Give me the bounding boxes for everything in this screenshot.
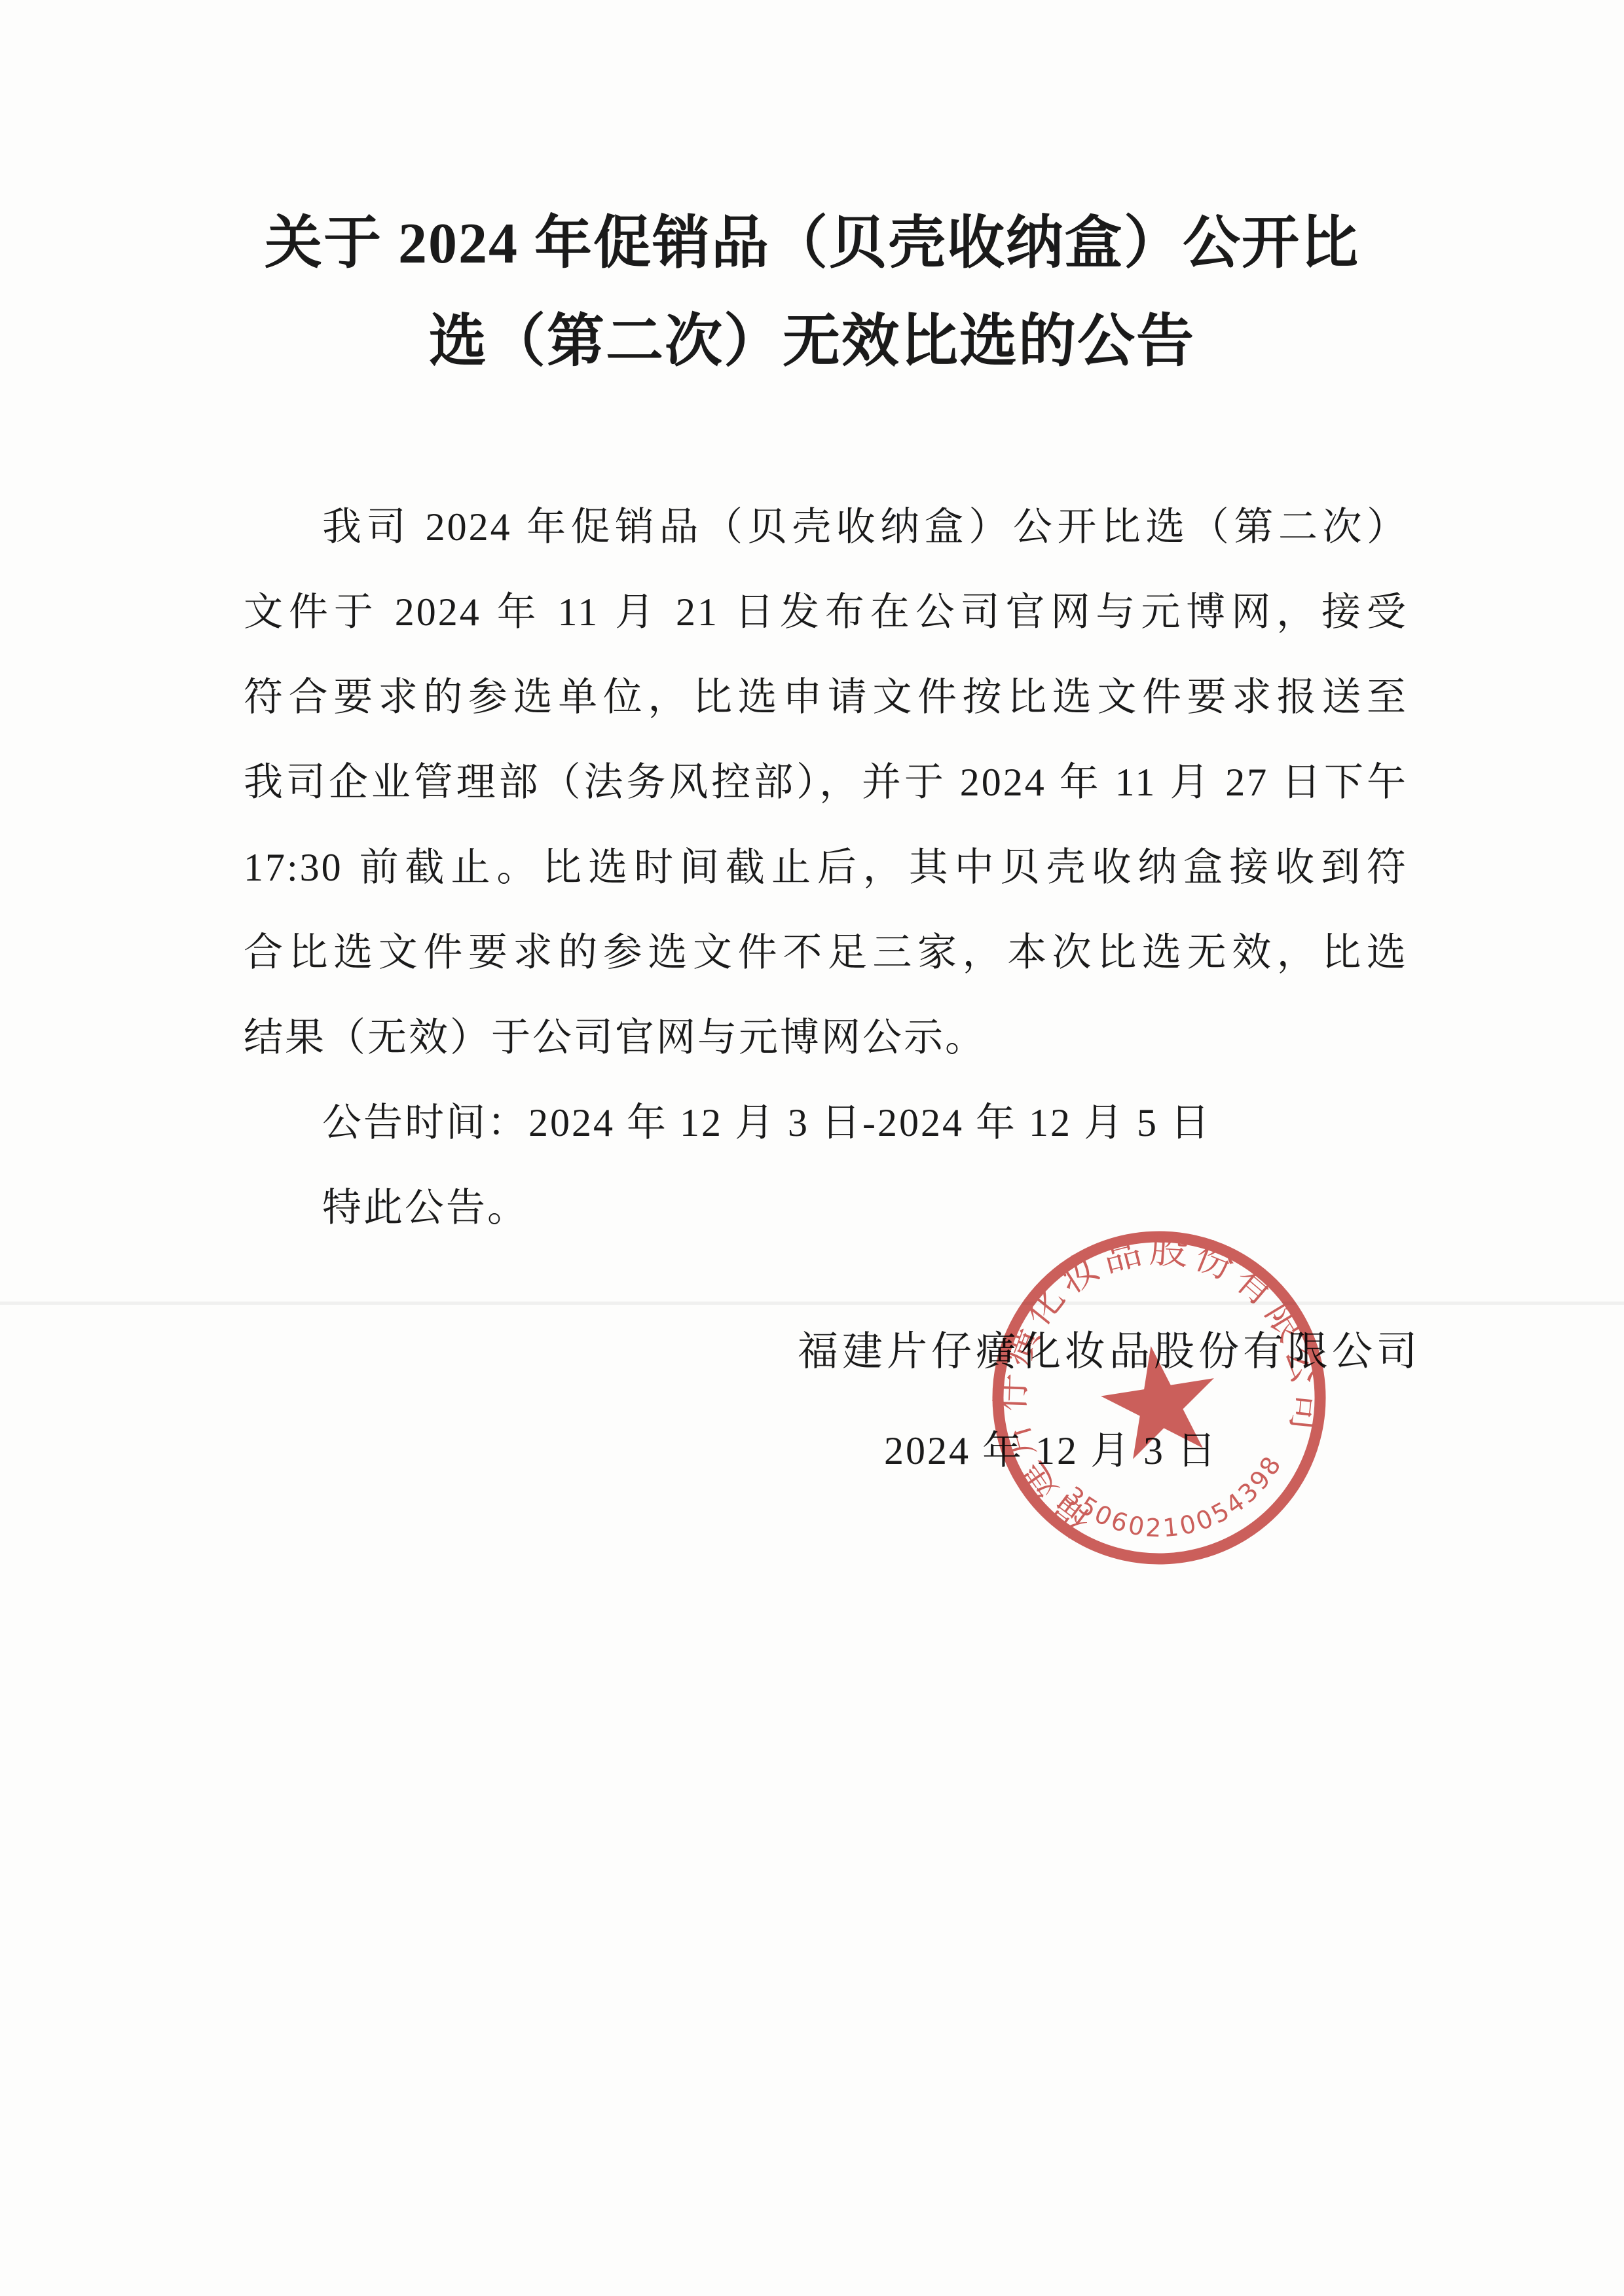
body-line: 文件于 2024 年 11 月 21 日发布在公司官网与元博网，接受	[244, 570, 1408, 655]
seal-star-icon	[1094, 1337, 1225, 1463]
body-line: 符合要求的参选单位，比选申请文件按比选文件要求报送至	[244, 655, 1408, 740]
body-line: 我司企业管理部（法务风控部），并于 2024 年 11 月 27 日下午	[244, 740, 1408, 825]
body-line: 结果（无效）于公司官网与元博网公示。	[244, 995, 1408, 1080]
body-line: 我司 2024 年促销品（贝壳收纳盒）公开比选（第二次）	[244, 484, 1408, 570]
document-page: 关于 2024 年促销品（贝壳收纳盒）公开比 选（第二次）无效比选的公告 我司 …	[0, 0, 1624, 2296]
title-line-2: 选（第二次）无效比选的公告	[216, 293, 1408, 392]
announcement-time-line: 公告时间：2024 年 12 月 3 日-2024 年 12 月 5 日	[244, 1080, 1408, 1165]
body-paragraph: 我司 2024 年促销品（贝壳收纳盒）公开比选（第二次） 文件于 2024 年 …	[244, 484, 1408, 1250]
scan-artifact-line	[0, 1302, 1624, 1305]
body-line: 合比选文件要求的参选文件不足三家，本次比选无效，比选	[244, 910, 1408, 995]
body-line: 17:30 前截止。比选时间截止后，其中贝壳收纳盒接收到符	[244, 825, 1408, 910]
title-line-1: 关于 2024 年促销品（贝壳收纳盒）公开比	[216, 195, 1408, 293]
document-title: 关于 2024 年促销品（贝壳收纳盒）公开比 选（第二次）无效比选的公告	[216, 195, 1408, 392]
company-seal-stamp-icon: 福建片仔癀化妆品股份有限公司 35060210054398	[976, 1214, 1342, 1581]
